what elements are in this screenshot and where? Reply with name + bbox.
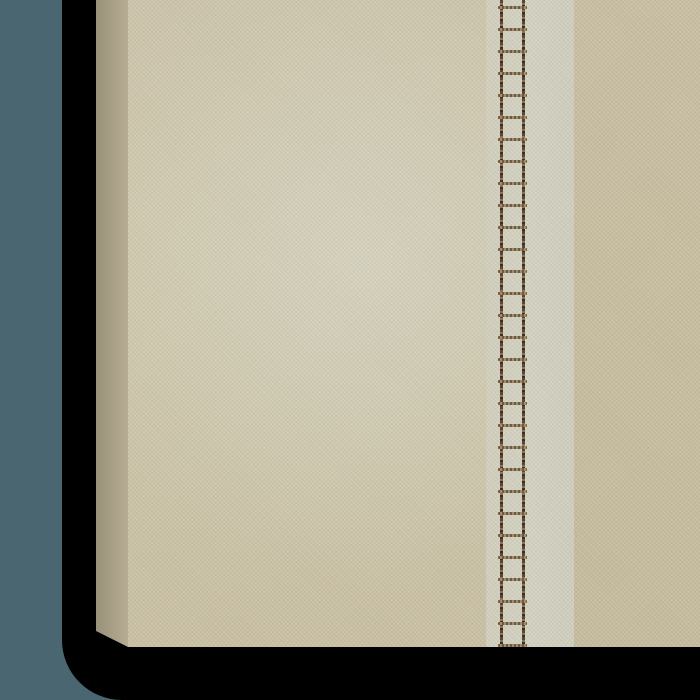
canvas-print <box>96 0 700 647</box>
canvas-face <box>128 0 700 647</box>
ladder-rung <box>498 72 527 75</box>
ladder-rung <box>498 468 527 471</box>
ladder-rung <box>498 424 527 427</box>
ladder-rung <box>498 336 527 339</box>
ladder-rung <box>498 116 527 119</box>
ladder-rung <box>498 600 527 603</box>
ladder-rung <box>498 446 527 449</box>
canvas-side-edge <box>96 0 128 647</box>
ladder-rung <box>498 358 527 361</box>
ladder-rung <box>498 270 527 273</box>
ladder-rung <box>498 380 527 383</box>
ladder-rung <box>498 622 527 625</box>
ladder-rung <box>498 578 527 581</box>
ladder-rung <box>498 512 527 515</box>
ladder-rung <box>498 248 527 251</box>
ladder-rung <box>498 182 527 185</box>
ladder-rung <box>498 204 527 207</box>
ladder-rail-right <box>522 0 525 647</box>
ladder-rung <box>498 292 527 295</box>
ladder-rung <box>498 226 527 229</box>
ladder-rung <box>498 490 527 493</box>
ladder-rung <box>498 94 527 97</box>
ladder-rung <box>498 556 527 559</box>
ladder-rung <box>498 402 527 405</box>
ladder-motif <box>500 0 525 647</box>
ladder-rung <box>498 138 527 141</box>
ladder-rung <box>498 160 527 163</box>
paper-texture <box>128 0 700 647</box>
ladder-rail-left <box>500 0 503 647</box>
ladder-rung <box>498 314 527 317</box>
ladder-rung <box>498 644 527 647</box>
ladder-rung <box>498 28 527 31</box>
ladder-rung <box>498 50 527 53</box>
ladder-rung <box>498 534 527 537</box>
ladder-rung <box>498 6 527 9</box>
